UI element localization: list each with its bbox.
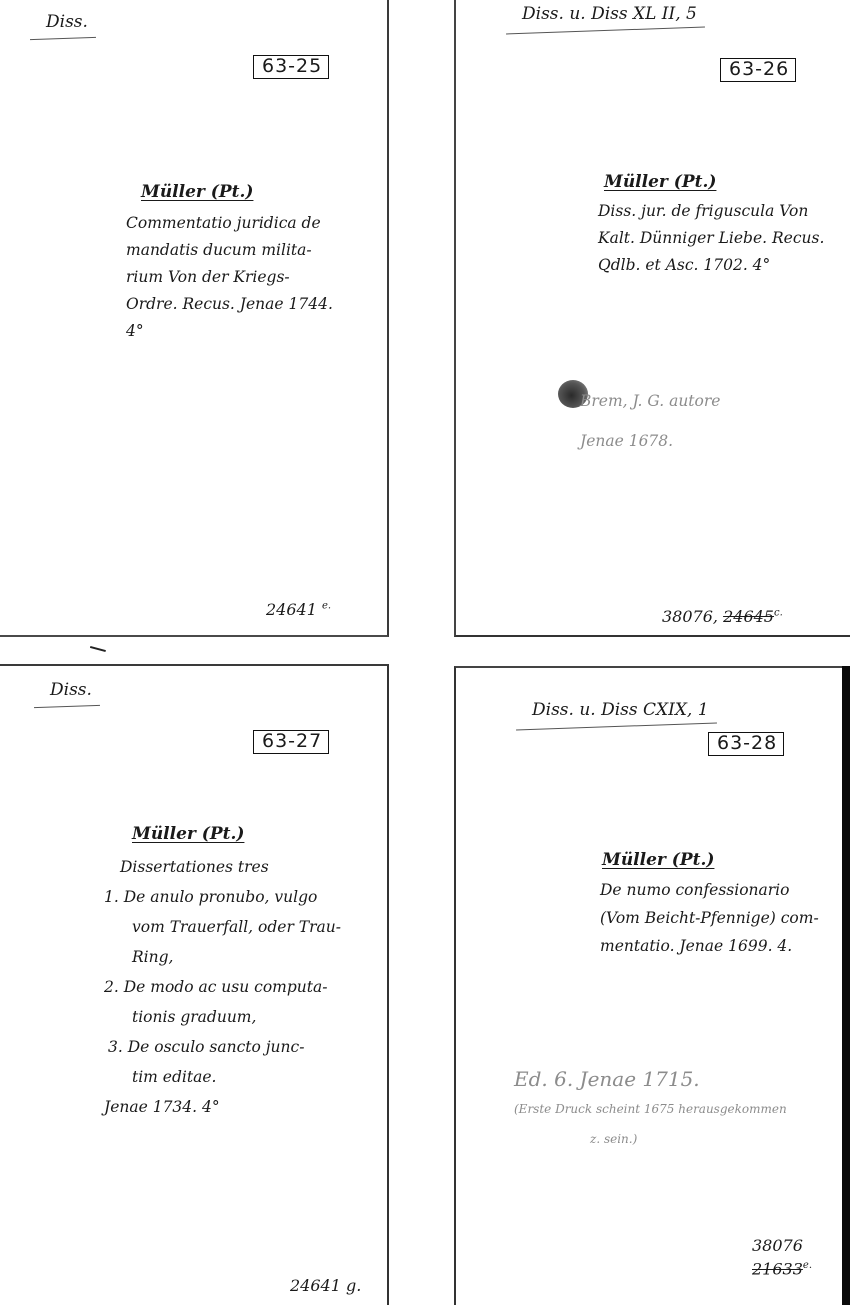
title-line: mandatis ducum milita- xyxy=(126,237,333,264)
list-item-1: 1. De anulo pronubo, vulgo xyxy=(104,882,341,912)
card-heading: Diss. u. Diss XL II, 5 xyxy=(522,6,697,23)
card-heading: Diss. xyxy=(46,14,88,31)
title-line: Kalt. Dünniger Liebe. Recus. xyxy=(598,225,824,252)
accession-suffix: e. xyxy=(322,601,331,612)
author-name: Müller (Pt.) xyxy=(132,824,244,844)
accession-value: 38076, xyxy=(662,607,718,626)
title-line: De numo confessionario xyxy=(600,876,819,904)
title-description: Dissertationes tres 1. De anulo pronubo,… xyxy=(104,852,341,1122)
catalog-card-63-25: Diss. 63-25 Müller (Pt.) Commentatio jur… xyxy=(0,0,389,637)
accession-suffix: c. xyxy=(774,608,783,619)
annotation-line: Ed. 6. Jenae 1715. xyxy=(514,1064,787,1094)
title-description: Commentatio juridica de mandatis ducum m… xyxy=(126,210,333,345)
title-line: Dissertationes tres xyxy=(104,852,341,882)
pencil-annotation: Ed. 6. Jenae 1715. (Erste Druck scheint … xyxy=(514,1064,787,1154)
annotation-line: Jenae 1678. xyxy=(580,421,720,461)
accession-suffix: e. xyxy=(803,1260,812,1271)
author-entry: Müller (Pt.) xyxy=(604,172,716,192)
accession-struck-value: 21633 xyxy=(752,1259,803,1278)
call-number-box: 63-25 xyxy=(253,55,329,79)
accession-struck-value: 24645 xyxy=(723,607,774,626)
title-line: rium Von der Kriegs- xyxy=(126,264,333,291)
list-item-1-cont: Ring, xyxy=(104,942,341,972)
author-name: Müller (Pt.) xyxy=(602,850,714,870)
title-description: De numo confessionario (Vom Beicht-Pfenn… xyxy=(600,876,819,960)
call-number-box: 63-28 xyxy=(708,732,784,756)
accession-number: 38076, 24645c. xyxy=(662,607,783,626)
accession-value: 24641 xyxy=(290,1276,341,1295)
pencil-annotation: Brem, J. G. autore Jenae 1678. xyxy=(580,381,720,461)
list-item-3-cont: tim editae. xyxy=(104,1062,341,1092)
title-line: mentatio. Jenae 1699. 4. xyxy=(600,932,819,960)
accession-number: 38076 21633e. xyxy=(752,1236,812,1279)
card-heading: Diss. u. Diss CXIX, 1 xyxy=(532,702,709,719)
catalog-card-63-27: Diss. 63-27 Müller (Pt.) Dissertationes … xyxy=(0,664,389,1305)
annotation-line: (Erste Druck scheint 1675 herausgekommen xyxy=(514,1094,787,1124)
catalog-card-63-28: Diss. u. Diss CXIX, 1 63-28 Müller (Pt.)… xyxy=(454,666,845,1305)
call-number-box: 63-26 xyxy=(720,58,796,82)
author-entry: Müller (Pt.) xyxy=(141,182,253,202)
catalog-card-63-26: Diss. u. Diss XL II, 5 63-26 Müller (Pt.… xyxy=(454,0,850,637)
author-name: Müller (Pt.) xyxy=(604,172,716,192)
list-item-1-cont: vom Trauerfall, oder Trau- xyxy=(104,912,341,942)
accession-number: 24641 g. xyxy=(290,1276,361,1295)
call-number-box: 63-27 xyxy=(253,730,329,754)
accession-value: 24641 xyxy=(266,600,317,619)
stray-pen-mark xyxy=(90,646,106,652)
format-line: 4° xyxy=(126,318,333,345)
title-line: Commentatio juridica de xyxy=(126,210,333,237)
list-item-2: 2. De modo ac usu computa- xyxy=(104,972,341,1002)
title-line: (Vom Beicht-Pfennige) com- xyxy=(600,904,819,932)
list-item-3: 3. De osculo sancto junc- xyxy=(104,1032,341,1062)
annotation-line: Brem, J. G. autore xyxy=(580,381,720,421)
annotation-line: z. sein.) xyxy=(514,1124,787,1154)
accession-suffix: g. xyxy=(346,1276,361,1295)
title-line: Ordre. Recus. Jenae 1744. xyxy=(126,291,333,318)
imprint-line: Jenae 1734. 4° xyxy=(104,1092,341,1122)
title-description: Diss. jur. de friguscula Von Kalt. Dünni… xyxy=(598,198,824,279)
title-line: Qdlb. et Asc. 1702. 4° xyxy=(598,252,824,279)
author-entry: Müller (Pt.) xyxy=(602,850,714,870)
card-heading: Diss. xyxy=(50,682,92,699)
title-line: Diss. jur. de friguscula Von xyxy=(598,198,824,225)
list-item-2-cont: tionis graduum, xyxy=(104,1002,341,1032)
author-name: Müller (Pt.) xyxy=(141,182,253,202)
accession-value: 38076 xyxy=(752,1236,812,1256)
author-entry: Müller (Pt.) xyxy=(132,824,244,844)
accession-number: 24641 e. xyxy=(266,600,331,619)
scan-edge-shadow xyxy=(842,666,850,1305)
